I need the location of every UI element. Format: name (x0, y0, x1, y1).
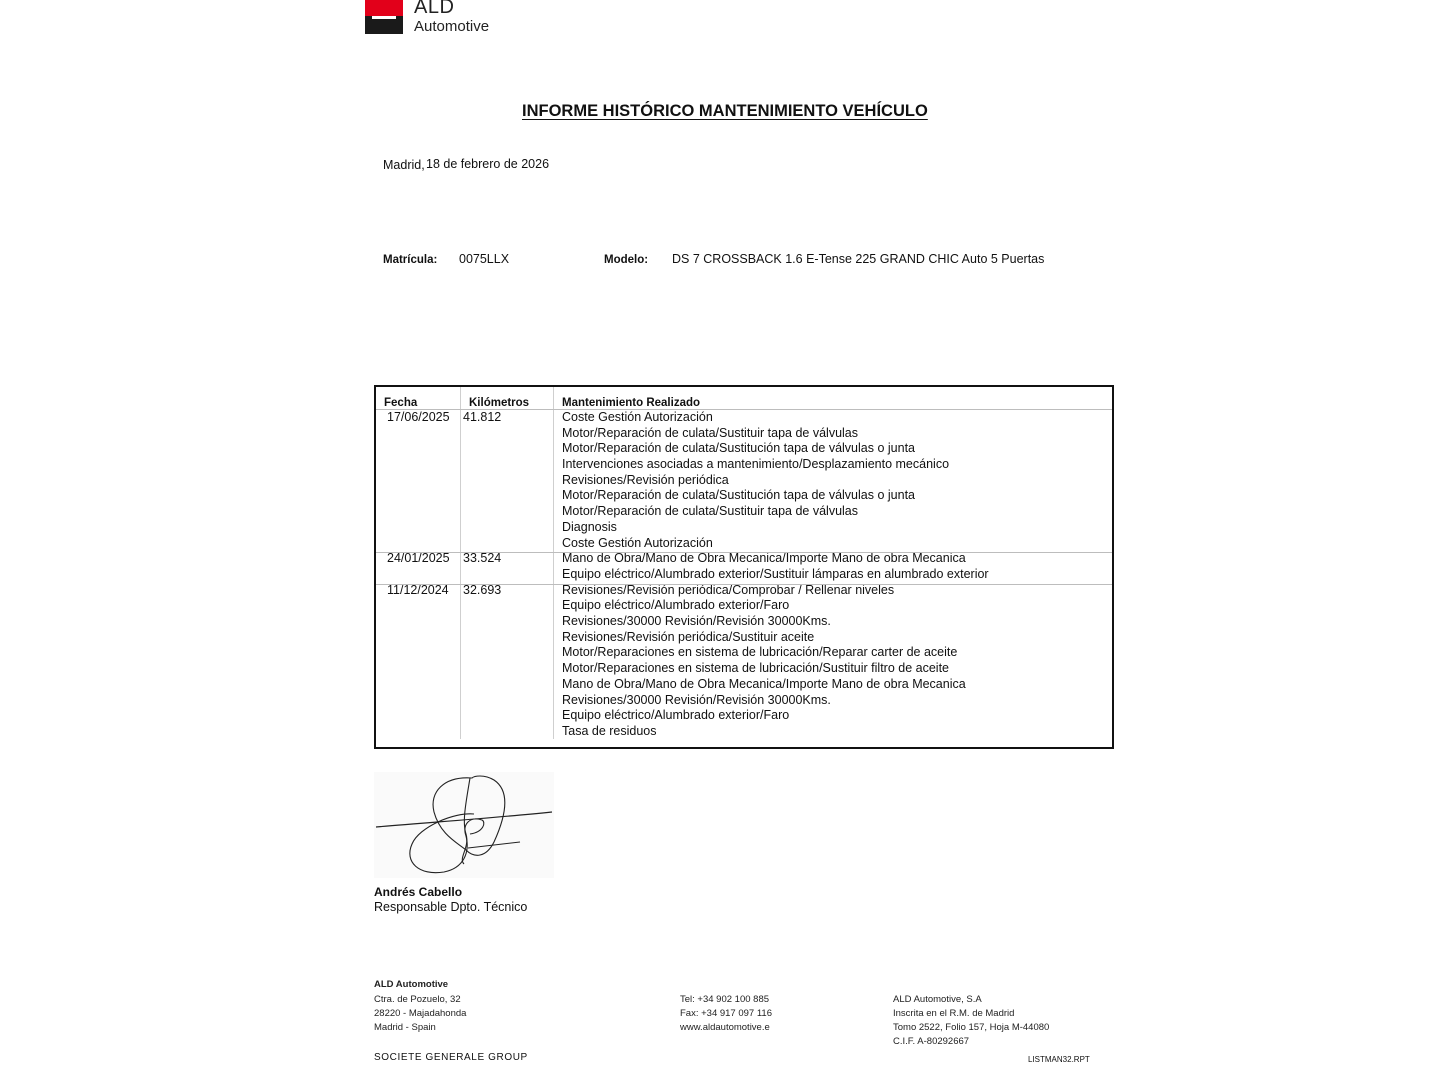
logo-text-automotive: Automotive (414, 19, 489, 35)
footer-legal: ALD Automotive, S.A Inscrita en el R.M. … (893, 993, 1049, 1049)
maintenance-item: Equipo eléctrico/Alumbrado exterior/Faro (562, 598, 966, 614)
footer-company: ALD Automotive (374, 978, 448, 992)
footer-address-line: Madrid - Spain (374, 1021, 466, 1035)
model-label: Modelo: (604, 254, 648, 266)
plate-value: 0075LLX (459, 252, 509, 266)
signer-name: Andrés Cabello (374, 885, 462, 899)
maintenance-item: Revisiones/30000 Revisión/Revisión 30000… (562, 614, 966, 630)
row-date: 24/01/2025 (387, 551, 450, 567)
header-kilometros: Kilómetros (469, 397, 529, 409)
maintenance-item: Equipo eléctrico/Alumbrado exterior/Sust… (562, 567, 989, 583)
row-maintenance-items: Revisiones/Revisión periódica/Comprobar … (562, 583, 966, 740)
footer-phone: Tel: +34 902 100 885 (680, 993, 772, 1007)
row-maintenance-items: Mano de Obra/Mano de Obra Mecanica/Impor… (562, 551, 989, 582)
maintenance-table: Fecha Kilómetros Mantenimiento Realizado… (374, 385, 1114, 749)
maintenance-item: Revisiones/Revisión periódica (562, 473, 949, 489)
row-maintenance-items: Coste Gestión AutorizaciónMotor/Reparaci… (562, 410, 949, 551)
footer-address: Ctra. de Pozuelo, 32 28220 - Majadahonda… (374, 993, 466, 1035)
footer-address-line: Ctra. de Pozuelo, 32 (374, 993, 466, 1007)
maintenance-item: Diagnosis (562, 520, 949, 536)
maintenance-item: Revisiones/Revisión periódica/Comprobar … (562, 583, 966, 599)
document-city: Madrid, (383, 158, 425, 172)
maintenance-item: Motor/Reparación de culata/Sustituir tap… (562, 426, 949, 442)
maintenance-item: Mano de Obra/Mano de Obra Mecanica/Impor… (562, 551, 989, 567)
maintenance-item: Motor/Reparación de culata/Sustitución t… (562, 488, 949, 504)
maintenance-item: Motor/Reparaciones en sistema de lubrica… (562, 661, 966, 677)
row-km: 41.812 (463, 410, 501, 426)
document-title: INFORME HISTÓRICO MANTENIMIENTO VEHÍCULO (522, 102, 928, 121)
footer-legal-line: ALD Automotive, S.A (893, 993, 1049, 1007)
maintenance-item: Tasa de residuos (562, 724, 966, 740)
signature-image (374, 772, 554, 878)
maintenance-item: Intervenciones asociadas a mantenimiento… (562, 457, 949, 473)
maintenance-item: Motor/Reparación de culata/Sustituir tap… (562, 504, 949, 520)
footer-fax: Fax: +34 917 097 116 (680, 1007, 772, 1021)
row-divider (376, 552, 1112, 553)
maintenance-item: Coste Gestión Autorización (562, 410, 949, 426)
report-code: LISTMAN32.RPT (1028, 1055, 1090, 1064)
maintenance-item: Equipo eléctrico/Alumbrado exterior/Faro (562, 708, 966, 724)
ald-logo: ALD Automotive (365, 0, 507, 36)
signer-role: Responsable Dpto. Técnico (374, 900, 527, 914)
row-divider (376, 584, 1112, 585)
footer-address-line: 28220 - Majadahonda (374, 1007, 466, 1021)
maintenance-item: Revisiones/Revisión periódica/Sustituir … (562, 630, 966, 646)
logo-mark-icon (365, 0, 403, 34)
header-mantenimiento: Mantenimiento Realizado (562, 397, 700, 409)
footer-legal-line: Tomo 2522, Folio 157, Hoja M-44080 (893, 1021, 1049, 1035)
header-fecha: Fecha (384, 397, 417, 409)
column-divider (460, 387, 461, 739)
row-date: 17/06/2025 (387, 410, 450, 426)
maintenance-item: Coste Gestión Autorización (562, 536, 949, 552)
maintenance-item: Motor/Reparación de culata/Sustitución t… (562, 441, 949, 457)
plate-label: Matrícula: (383, 254, 437, 266)
row-date: 11/12/2024 (387, 583, 449, 599)
footer-contact: Tel: +34 902 100 885 Fax: +34 917 097 11… (680, 993, 772, 1035)
maintenance-item: Motor/Reparaciones en sistema de lubrica… (562, 645, 966, 661)
maintenance-item: Revisiones/30000 Revisión/Revisión 30000… (562, 693, 966, 709)
model-value: DS 7 CROSSBACK 1.6 E-Tense 225 GRAND CHI… (672, 252, 1044, 266)
document-date: 18 de febrero de 2026 (426, 157, 549, 171)
signature-scribble-icon (374, 772, 554, 878)
maintenance-item: Mano de Obra/Mano de Obra Mecanica/Impor… (562, 677, 966, 693)
row-km: 33.524 (463, 551, 501, 567)
footer-website-link[interactable]: www.aldautomotive.e (680, 1021, 772, 1035)
logo-text-ald: ALD (414, 0, 454, 18)
footer-legal-line: Inscrita en el R.M. de Madrid (893, 1007, 1049, 1021)
footer-legal-line: C.I.F. A-80292667 (893, 1035, 1049, 1049)
column-divider (553, 387, 554, 739)
row-km: 32.693 (463, 583, 501, 599)
footer-group: SOCIETE GENERALE GROUP (374, 1052, 528, 1063)
